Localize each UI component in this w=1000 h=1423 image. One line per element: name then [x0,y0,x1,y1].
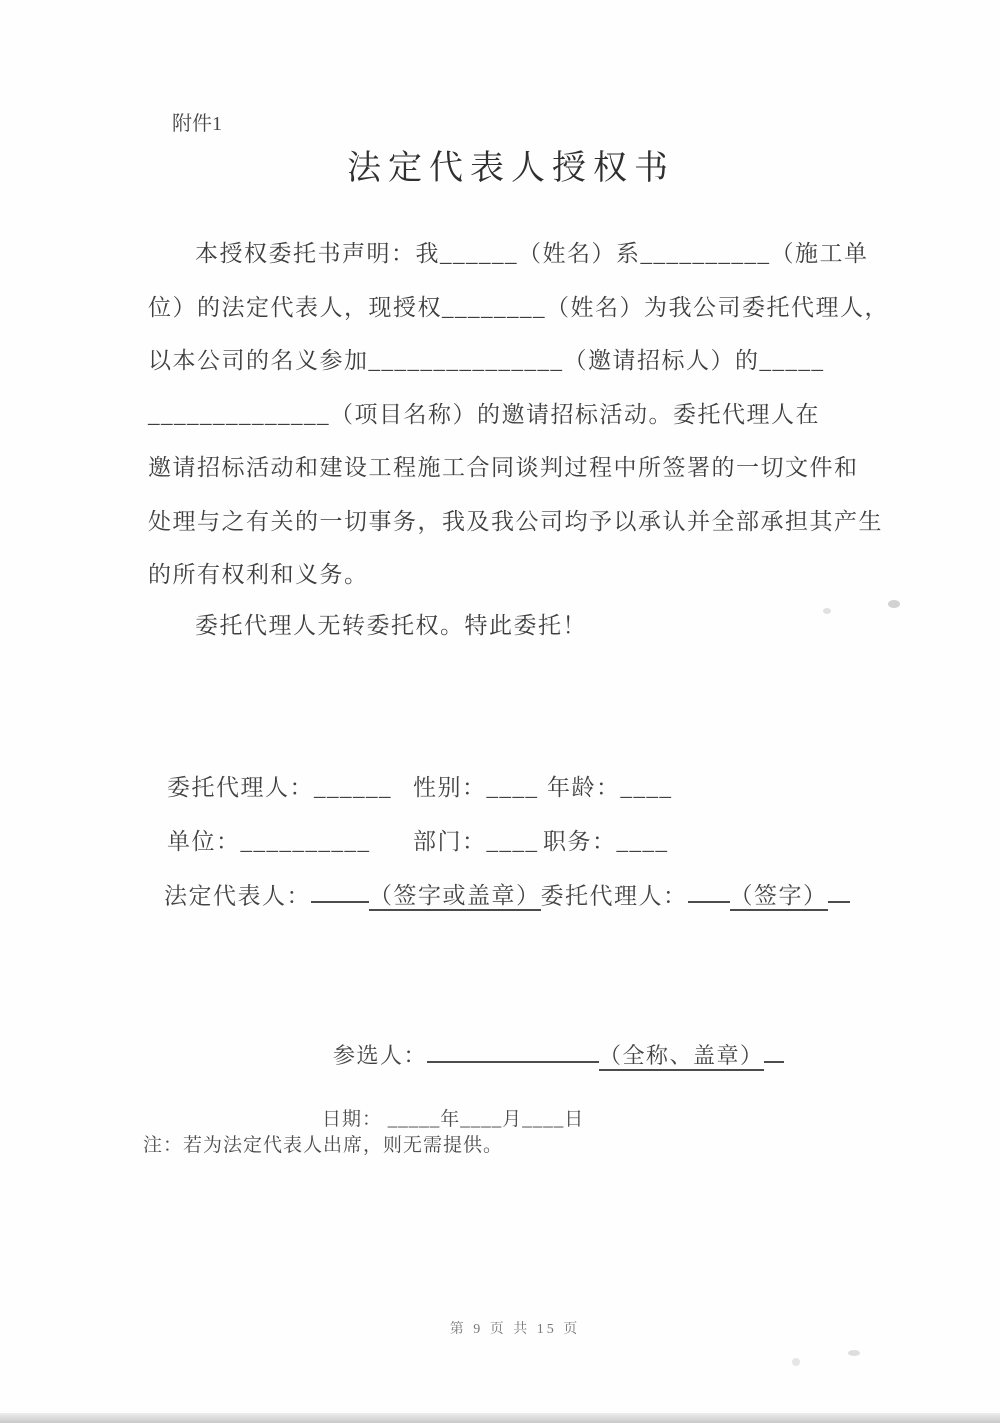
page-footer: 第 9 页 共 15 页 [15,1318,1000,1338]
age-group: 年龄：____ [547,770,673,806]
fullname-seal-note: （全称、盖章） [599,1043,764,1071]
unit-group: 单位：__________ [167,824,371,860]
dept-blank: ____ [487,829,539,854]
date-line: 日期： _____年____月____日 [322,1106,584,1134]
agent-signature-blank [688,878,730,903]
scan-artifact-speck [823,608,831,614]
age-label: 年龄： [547,775,621,800]
gender-blank: ____ [487,775,539,800]
legal-rep-label: 法定代表人： [164,883,311,908]
paragraph-line: 邀请招标活动和建设工程施工合同谈判过程中所签署的一切文件和 [148,441,892,495]
scan-artifact-speck [888,600,900,608]
note-line: 注：若为法定代表人出席，则无需提供。 [143,1132,503,1160]
gender-group: 性别：____ [413,770,539,806]
unit-label: 单位： [167,829,241,854]
position-group: 职务：____ [543,824,669,860]
signature-line-tail [828,878,850,903]
agent-name-blank: ______ [314,775,392,800]
paragraph-line: 以本公司的名义参加_______________（邀请招标人）的_____ [148,334,892,388]
agent-name-group: 委托代理人：______ [167,770,392,806]
attachment-label: 附件1 [172,110,222,138]
position-label: 职务： [543,829,617,854]
paragraph-line: 处理与之有关的一切事务，我及我公司均予以承认并全部承担其产生 [148,495,892,549]
scan-artifact-speck [792,1358,800,1366]
unit-blank: __________ [241,829,371,854]
scan-edge-strip [0,1413,1000,1423]
authorization-paragraph: 本授权委托书声明：我______（姓名）系__________（施工单 位）的法… [148,227,892,602]
title-area: 法定代表人授权书 [11,144,1000,194]
sign-note: （签字） [730,883,828,911]
dept-label: 部门： [413,829,487,854]
paragraph-line: 本授权委托书声明：我______（姓名）系__________（施工单 [148,227,892,281]
position-blank: ____ [617,829,669,854]
document-title: 法定代表人授权书 [11,144,1000,194]
paragraph-line: 位）的法定代表人，现授权________（姓名）为我公司委托代理人， [148,281,892,335]
agent-label-2: 委托代理人： [541,883,688,908]
gender-label: 性别： [413,775,487,800]
scan-artifact-speck [848,1350,860,1356]
paragraph-line: ______________（项目名称）的邀请招标活动。委托代理人在 [148,388,892,442]
dept-group: 部门：____ [413,824,539,860]
participant-row: 参选人：（全称、盖章） [333,1038,784,1074]
sign-or-seal-note: （签字或盖章） [369,883,541,911]
participant-label: 参选人： [333,1043,427,1068]
signature-row: 法定代表人：（签字或盖章）委托代理人：（签字） [164,878,924,914]
participant-name-blank [427,1039,599,1063]
age-blank: ____ [621,775,673,800]
commitment-line: 委托代理人无转委托权。特此委托！ [195,608,587,644]
paragraph-line: 的所有权利和义务。 [148,548,892,602]
legal-rep-signature-blank [311,878,369,903]
agent-label: 委托代理人： [167,775,314,800]
participant-line-tail [764,1039,784,1063]
document-page: 附件1 法定代表人授权书 本授权委托书声明：我______（姓名）系______… [0,0,1000,1423]
